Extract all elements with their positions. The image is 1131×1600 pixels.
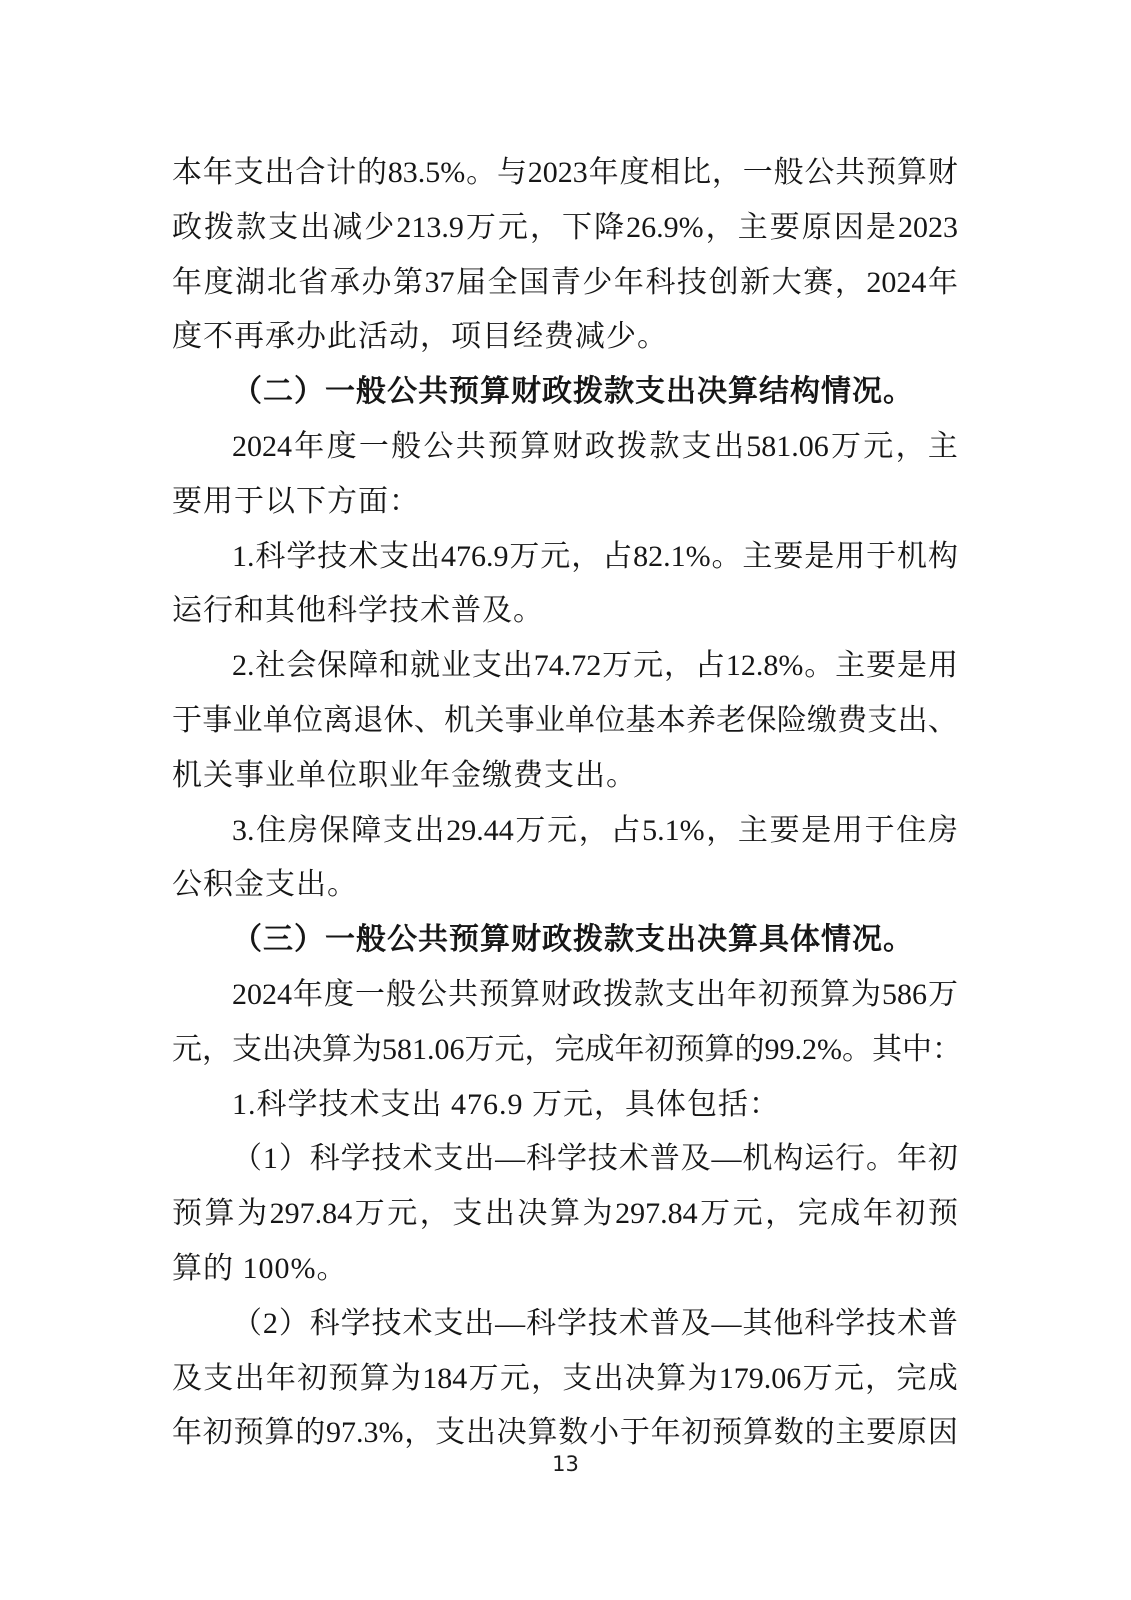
text-line: （2）科学技术支出—科学技术普及—其他科学技术普 <box>172 1297 958 1352</box>
document-body: 本年支出合计的83.5%。与2023年度相比，一般公共预算财政拨款支出减少213… <box>172 146 958 1461</box>
text-line: 运行和其他科学技术普及。 <box>172 584 958 639</box>
text-line: 3.住房保障支出29.44万元，占5.1%，主要是用于住房 <box>172 804 958 859</box>
text-line: （1）科学技术支出—科学技术普及—机构运行。年初 <box>172 1132 958 1187</box>
text-line: 政拨款支出减少213.9万元，下降26.9%，主要原因是2023 <box>172 201 958 256</box>
text-line: 要用于以下方面： <box>172 475 958 530</box>
text-line: （三）一般公共预算财政拨款支出决算具体情况。 <box>172 913 958 968</box>
text-line: 1.科学技术支出476.9万元，占82.1%。主要是用于机构 <box>172 530 958 585</box>
text-line: 本年支出合计的83.5%。与2023年度相比，一般公共预算财 <box>172 146 958 201</box>
text-line: 元，支出决算为581.06万元，完成年初预算的99.2%。其中： <box>172 1023 958 1078</box>
text-line: 及支出年初预算为184万元，支出决算为179.06万元，完成 <box>172 1352 958 1407</box>
text-line: 公积金支出。 <box>172 858 958 913</box>
text-line: 算的 100%。 <box>172 1242 958 1297</box>
text-line: 度不再承办此活动，项目经费减少。 <box>172 310 958 365</box>
document-page: 本年支出合计的83.5%。与2023年度相比，一般公共预算财政拨款支出减少213… <box>0 0 1131 1600</box>
text-line: 于事业单位离退休、机关事业单位基本养老保险缴费支出、 <box>172 694 958 749</box>
text-line: （二）一般公共预算财政拨款支出决算结构情况。 <box>172 365 958 420</box>
text-line: 2024年度一般公共预算财政拨款支出581.06万元，主 <box>172 420 958 475</box>
text-line: 2024年度一般公共预算财政拨款支出年初预算为586万 <box>172 968 958 1023</box>
text-line: 预算为297.84万元，支出决算为297.84万元，完成年初预 <box>172 1187 958 1242</box>
text-line: 2.社会保障和就业支出74.72万元，占12.8%。主要是用 <box>172 639 958 694</box>
page-number: 13 <box>0 1452 1131 1476</box>
text-line: 年度湖北省承办第37届全国青少年科技创新大赛，2024年 <box>172 256 958 311</box>
text-line: 机关事业单位职业年金缴费支出。 <box>172 749 958 804</box>
text-line: 1.科学技术支出 476.9 万元，具体包括： <box>172 1078 958 1133</box>
